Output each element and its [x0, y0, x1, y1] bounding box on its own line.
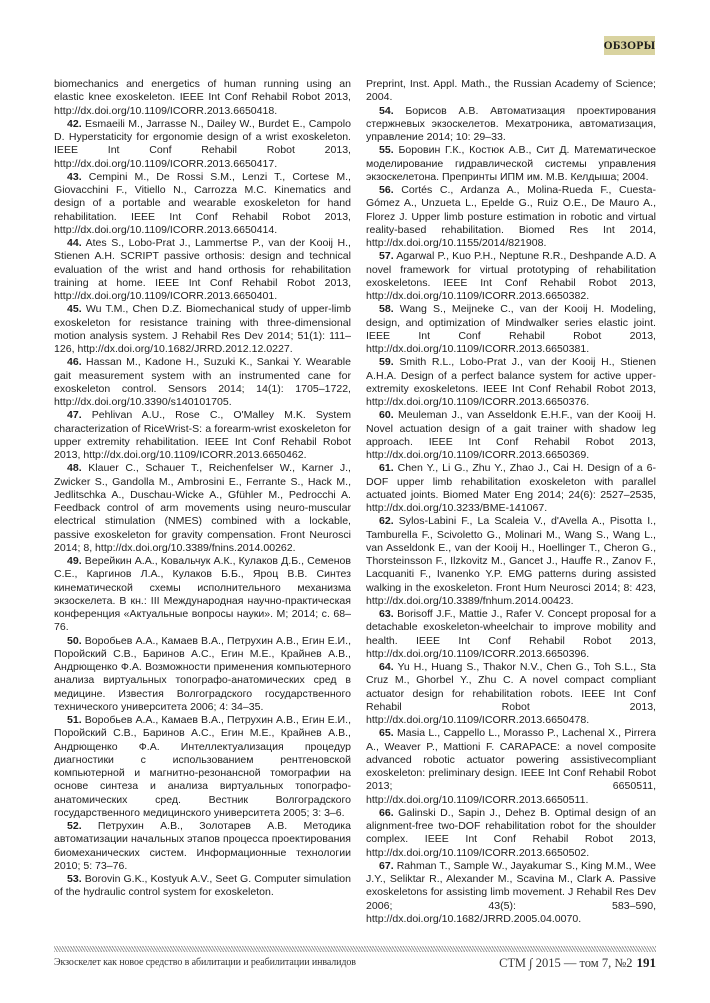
reference-text: Galinski D., Sapin J., Dehez B. Optimal … [366, 807, 656, 859]
page-number: 191 [637, 955, 657, 970]
reference-item: 52. Петрухин А.В., Золотарев А.В. Методи… [54, 820, 351, 873]
reference-text: Борисов А.В. Автоматизация проектировани… [366, 105, 656, 144]
reference-item: 60. Meuleman J., van Asseldonk E.H.F., v… [366, 409, 656, 462]
reference-item: 66. Galinski D., Sapin J., Dehez B. Opti… [366, 807, 656, 860]
reference-item: 49. Верейкин А.А., Ковальчук А.К., Кулак… [54, 555, 351, 635]
reference-number: 64. [379, 661, 394, 673]
reference-text: Sylos-Labini F., La Scaleia V., d'Avella… [366, 515, 656, 607]
journal-issue: СТМ ∫ 2015 — том 7, №2 [499, 956, 632, 970]
reference-item: 47. Pehlivan A.U., Rose C., O'Malley M.K… [54, 409, 351, 462]
reference-number: 56. [379, 184, 394, 196]
reference-number: 48. [67, 462, 82, 474]
reference-number: 53. [67, 873, 82, 885]
reference-number: 43. [67, 171, 82, 183]
footer-hatched-divider [54, 946, 656, 952]
reference-item: 44. Ates S., Lobo-Prat J., Lammertse P.,… [54, 237, 351, 303]
reference-text: Воробьев А.А., Камаев В.А., Петрухин А.В… [54, 714, 351, 819]
reference-text: Боровин Г.К., Костюк А.В., Сит Д. Матема… [366, 144, 656, 183]
reference-number: 49. [67, 555, 82, 567]
reference-text: Cempini M., De Rossi S.M., Lenzi T., Cor… [54, 171, 351, 236]
reference-text: Klauer C., Schauer T., Reichenfelser W.,… [54, 462, 351, 554]
reference-number: 55. [379, 144, 394, 156]
reference-text: Borisoff J.F., Mattie J., Rafer V. Conce… [366, 608, 656, 660]
reference-text: Hassan M., Kadone H., Suzuki K., Sankai … [54, 356, 351, 408]
reference-item: 58. Wang S., Meijneke C., van der Kooij … [366, 303, 656, 356]
reference-number: 63. [379, 608, 394, 620]
reference-item: 50. Воробьев А.А., Камаев В.А., Петрухин… [54, 635, 351, 715]
reference-text: Петрухин А.В., Золотарев А.В. Методика а… [54, 820, 351, 872]
reference-item: 45. Wu T.M., Chen D.Z. Biomechanical stu… [54, 303, 351, 356]
reference-text: Воробьев А.А., Камаев В.А., Петрухин А.В… [54, 635, 351, 713]
reference-text: Meuleman J., van Asseldonk E.H.F., van d… [366, 409, 656, 461]
footer-journal-info: СТМ ∫ 2015 — том 7, №2191 [499, 955, 656, 971]
reference-item: 64. Yu H., Huang S., Thakor N.V., Chen G… [366, 661, 656, 727]
reference-number: 58. [379, 303, 394, 315]
references-right-column: Preprint, Inst. Appl. Math., the Russian… [366, 78, 656, 926]
footer-article-title: Экзоскелет как новое средство в абилитац… [54, 957, 356, 968]
section-label-badge: ОБЗОРЫ [604, 36, 655, 55]
reference-item: 42. Esmaeili M., Jarrasse N., Dailey W.,… [54, 118, 351, 171]
reference-item: 56. Cortés C., Ardanza A., Molina-Rueda … [366, 184, 656, 250]
reference-number: 62. [379, 515, 394, 527]
reference-item: 43. Cempini M., De Rossi S.M., Lenzi T.,… [54, 171, 351, 237]
reference-text: Smith R.L., Lobo-Prat J., van der Kooij … [366, 356, 656, 408]
reference-text: Chen Y., Li G., Zhu Y., Zhao J., Cai H. … [366, 462, 656, 514]
reference-item: 53. Borovin G.K., Kostyuk A.V., Seet G. … [54, 873, 351, 900]
reference-text: Rahman T., Sample W., Jayakumar S., King… [366, 860, 656, 925]
reference-continuation: biomechanics and energetics of human run… [54, 78, 351, 118]
reference-number: 44. [67, 237, 82, 249]
reference-number: 46. [67, 356, 82, 368]
reference-text: Borovin G.K., Kostyuk A.V., Seet G. Comp… [54, 873, 351, 898]
reference-number: 42. [67, 118, 82, 130]
reference-number: 45. [67, 303, 82, 315]
reference-number: 51. [67, 714, 82, 726]
reference-text: Agarwal P., Kuo P.H., Neptune R.R., Desh… [366, 250, 656, 302]
reference-text: Cortés C., Ardanza A., Molina-Rueda F., … [366, 184, 656, 249]
reference-item: 55. Боровин Г.К., Костюк А.В., Сит Д. Ма… [366, 144, 656, 184]
reference-item: 62. Sylos-Labini F., La Scaleia V., d'Av… [366, 515, 656, 608]
reference-item: 67. Rahman T., Sample W., Jayakumar S., … [366, 860, 656, 926]
reference-number: 61. [379, 462, 394, 474]
reference-item: 63. Borisoff J.F., Mattie J., Rafer V. C… [366, 608, 656, 661]
reference-text: Wu T.M., Chen D.Z. Biomechanical study o… [54, 303, 351, 355]
reference-item: 54. Борисов А.В. Автоматизация проектиро… [366, 105, 656, 145]
reference-text: Masia L., Cappello L., Morasso P., Lache… [366, 727, 656, 805]
reference-number: 57. [379, 250, 394, 262]
references-left-column: biomechanics and energetics of human run… [54, 78, 351, 900]
reference-number: 66. [379, 807, 394, 819]
reference-item: 59. Smith R.L., Lobo-Prat J., van der Ko… [366, 356, 656, 409]
reference-number: 60. [379, 409, 394, 421]
reference-text: Wang S., Meijneke C., van der Kooij H. M… [366, 303, 656, 355]
reference-item: 46. Hassan M., Kadone H., Suzuki K., San… [54, 356, 351, 409]
reference-item: 57. Agarwal P., Kuo P.H., Neptune R.R., … [366, 250, 656, 303]
reference-number: 54. [379, 105, 394, 117]
reference-item: 51. Воробьев А.А., Камаев В.А., Петрухин… [54, 714, 351, 820]
reference-text: Ates S., Lobo-Prat J., Lammertse P., van… [54, 237, 351, 302]
reference-number: 65. [379, 727, 394, 739]
reference-text: Pehlivan A.U., Rose C., O'Malley M.K. Sy… [54, 409, 351, 461]
reference-item: 65. Masia L., Cappello L., Morasso P., L… [366, 727, 656, 807]
reference-continuation: Preprint, Inst. Appl. Math., the Russian… [366, 78, 656, 105]
reference-number: 59. [379, 356, 394, 368]
reference-number: 50. [67, 635, 82, 647]
reference-number: 67. [379, 860, 394, 872]
reference-number: 47. [67, 409, 82, 421]
reference-text: Esmaeili M., Jarrasse N., Dailey W., Bur… [54, 118, 351, 170]
reference-text: Yu H., Huang S., Thakor N.V., Chen G., T… [366, 661, 656, 726]
reference-item: 48. Klauer C., Schauer T., Reichenfelser… [54, 462, 351, 555]
reference-number: 52. [67, 820, 82, 832]
reference-text: Верейкин А.А., Ковальчук А.К., Кулаков Д… [54, 555, 351, 633]
reference-item: 61. Chen Y., Li G., Zhu Y., Zhao J., Cai… [366, 462, 656, 515]
